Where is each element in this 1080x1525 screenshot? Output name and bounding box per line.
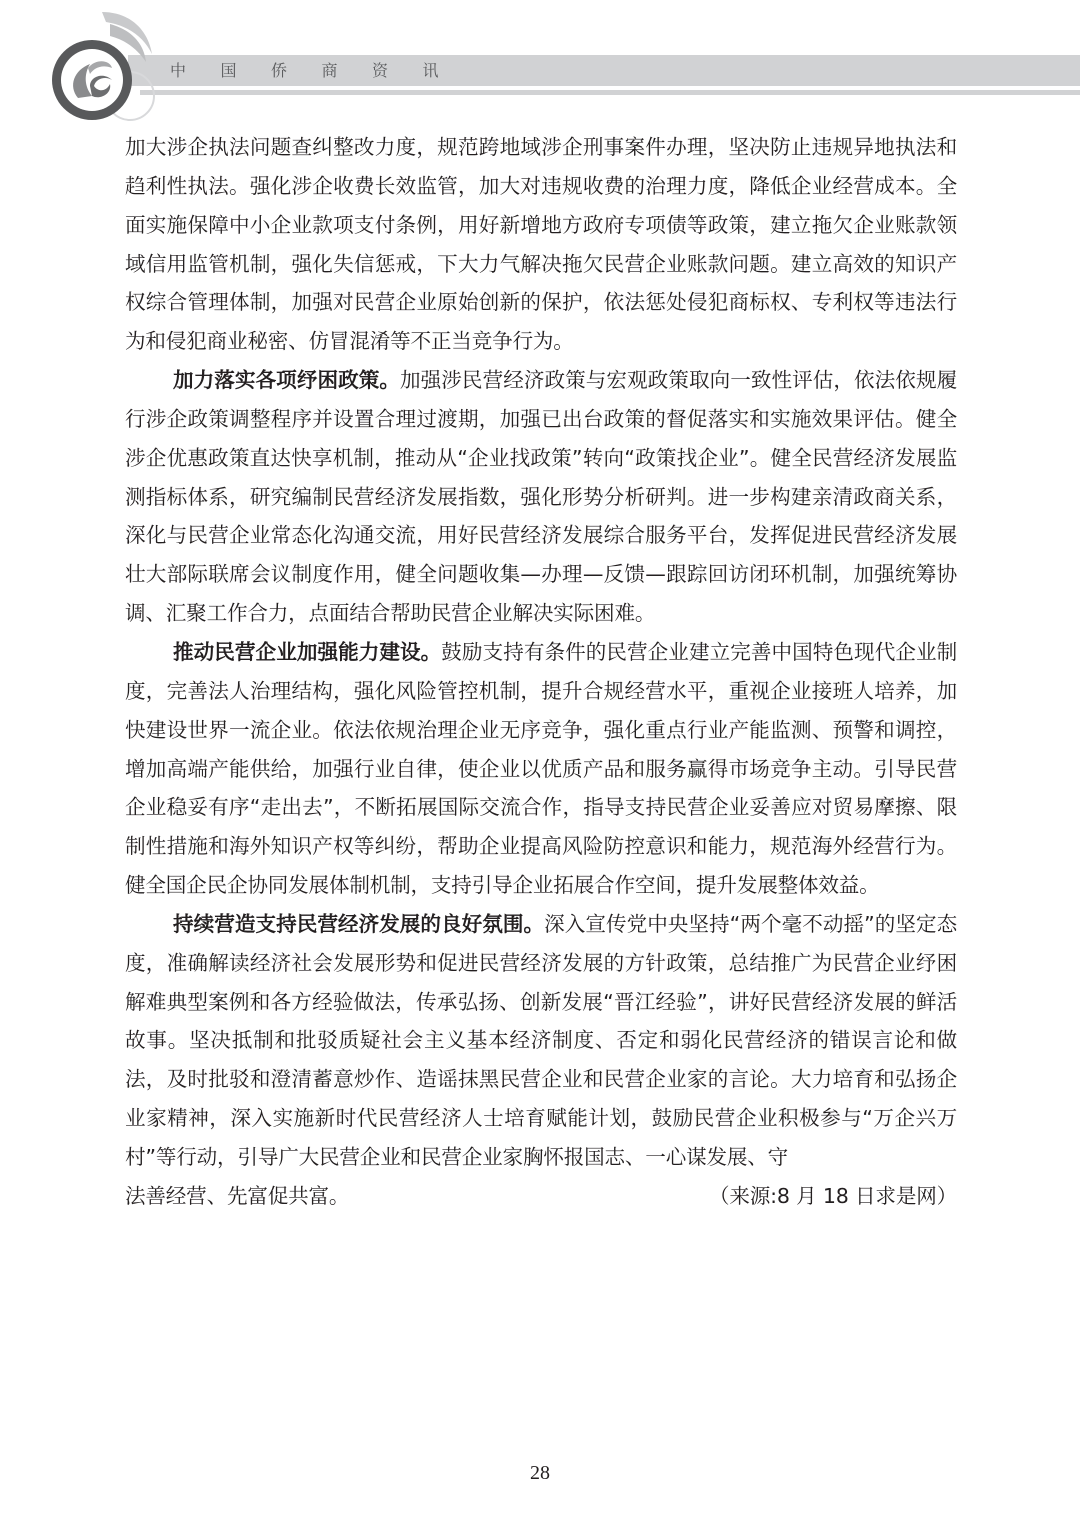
paragraph: 推动民营企业加强能力建设。鼓励支持有条件的民营企业建立完善中国特色现代企业制度，… xyxy=(125,633,957,905)
title-char: 商 xyxy=(322,59,373,83)
paragraph-heading: 加力落实各项纾困政策。 xyxy=(173,368,400,392)
title-char: 讯 xyxy=(423,59,474,83)
title-char: 中 xyxy=(170,59,221,83)
paragraph-text: 加大涉企执法问题查纠整改力度，规范跨地域涉企刑事案件办理，坚决防止违规异地执法和… xyxy=(125,135,957,353)
paragraph-text: 法善经营、先富促共富。 xyxy=(125,1177,349,1216)
header-rule xyxy=(140,90,1080,95)
paragraph-text: 加强涉民营经济政策与宏观政策取向一致性评估，依法依规履行涉企政策调整程序并设置合… xyxy=(125,368,957,625)
paragraph: 加大涉企执法问题查纠整改力度，规范跨地域涉企刑事案件办理，坚决防止违规异地执法和… xyxy=(125,128,957,361)
source-attribution: （来源:8 月 18 日求是网） xyxy=(709,1177,957,1216)
page-number: 28 xyxy=(0,1462,1080,1485)
paragraph-heading: 推动民营企业加强能力建设。 xyxy=(173,640,441,664)
paragraph: 加力落实各项纾困政策。加强涉民营经济政策与宏观政策取向一致性评估，依法依规履行涉… xyxy=(125,361,957,633)
title-char: 国 xyxy=(221,59,272,83)
paragraph-heading: 持续营造支持民营经济发展的良好氛围。 xyxy=(173,912,544,936)
title-char: 资 xyxy=(372,59,423,83)
article-body: 加大涉企执法问题查纠整改力度，规范跨地域涉企刑事案件办理，坚决防止违规异地执法和… xyxy=(125,128,957,1216)
paragraph-text: 鼓励支持有条件的民营企业建立完善中国特色现代企业制度，完善法人治理结构，强化风险… xyxy=(125,640,957,897)
paragraph: 持续营造支持民营经济发展的良好氛围。深入宣传党中央坚持“两个毫不动摇”的坚定态度… xyxy=(125,905,957,1177)
publication-title: 中 国 侨 商 资 讯 xyxy=(170,59,473,83)
title-char: 侨 xyxy=(271,59,322,83)
paragraph-text: 深入宣传党中央坚持“两个毫不动摇”的坚定态度，准确解读经济社会发展形势和促进民营… xyxy=(125,912,957,1169)
closing-line: 法善经营、先富促共富。 （来源:8 月 18 日求是网） xyxy=(125,1177,957,1216)
federation-logo-icon xyxy=(40,8,160,123)
